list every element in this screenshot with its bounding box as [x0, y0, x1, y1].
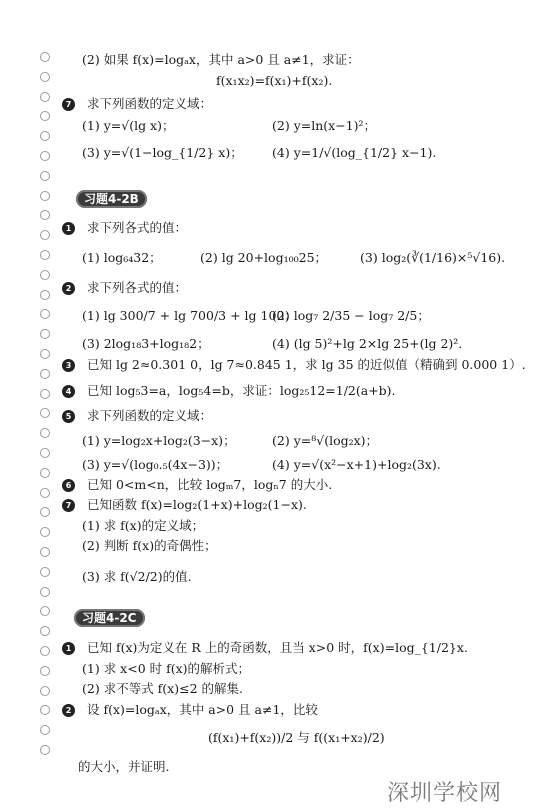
item-expr: y=√(lg x)；: [104, 118, 175, 133]
b2-item-4: (4) (lg 5)²+lg 2×lg 25+(lg 2)².: [272, 336, 462, 352]
formula-join: 与: [297, 730, 310, 745]
b2-item-2: (2) log₇ 2/35 − log₇ 2/5；: [272, 308, 430, 324]
q7-item-3: (3) y=√(1−log_{1/2} x)；: [82, 145, 243, 161]
question-prompt: 求下列各式的值：: [87, 280, 187, 295]
binder-hole-icon: [40, 309, 50, 319]
binder-hole-icon: [40, 389, 50, 399]
question-prompt: 求下列函数的定义域：: [87, 96, 212, 111]
q7-item-2: (2) y=ln(x−1)²；: [272, 118, 376, 134]
section-header-b: 习题4-2B: [76, 190, 147, 208]
binder-hole-icon: [40, 686, 50, 696]
item-expr: y=⁸√(log₂x)；: [294, 433, 378, 448]
item-label: (3): [82, 569, 100, 584]
item-label: (2): [82, 52, 100, 67]
item-label: (2): [82, 538, 100, 553]
question-number-badge: 2: [62, 282, 75, 295]
section-header-c: 习题4-2C: [74, 609, 145, 627]
item-expr: 求 x<0 时 f(x)的解析式；: [104, 661, 250, 676]
binder-hole-icon: [40, 547, 50, 557]
item-expr: 求 f(√2/2)的值.: [104, 569, 192, 584]
item-expr: y=√(x²−x+1)+log₂(3x).: [294, 457, 441, 472]
b7-item-3: (3) 求 f(√2/2)的值.: [82, 569, 192, 585]
b1-item-1: (1) log₆₄32；: [82, 250, 162, 266]
binder-hole-icon: [40, 428, 50, 438]
b5-item-2: (2) y=⁸√(log₂x)；: [272, 433, 378, 449]
binder-hole-icon: [40, 507, 50, 517]
binder-hole-icon: [40, 171, 50, 181]
question-number-badge: 4: [62, 385, 75, 398]
binder-hole-icon: [40, 329, 50, 339]
b5-item-3: (3) y=√(log₀.₅(4x−3))；: [82, 457, 228, 473]
binder-hole-icon: [40, 448, 50, 458]
item-text: 如果 f(x)=logₐx，其中 a>0 且 a≠1，求证：: [104, 52, 360, 67]
b-question-2: 2 求下列各式的值：: [62, 280, 187, 296]
binder-hole-icon: [40, 666, 50, 676]
item-label: (1): [82, 661, 100, 676]
item-label: (1): [82, 308, 100, 323]
binder-hole-icon: [40, 725, 50, 735]
item-expr: lg 20+log₁₀₀25；: [222, 250, 327, 265]
binder-hole-icon: [40, 488, 50, 498]
binder-hole-icon: [40, 210, 50, 220]
question-number-badge: 1: [62, 222, 75, 235]
b5-item-1: (1) y=log₂x+log₂(3−x)；: [82, 433, 236, 449]
binder-hole-icon: [40, 705, 50, 715]
item-label: (1): [82, 118, 100, 133]
item-expr: 求不等式 f(x)≤2 的解集.: [104, 681, 243, 696]
prev-question-part2: (2) 如果 f(x)=logₐx，其中 a>0 且 a≠1，求证：: [82, 52, 360, 68]
formula-right: f((x₁+x₂)/2): [314, 730, 385, 745]
c-question-2: 2 设 f(x)=logₐx，其中 a>0 且 a≠1，比较: [62, 702, 318, 718]
item-expr: y=ln(x−1)²；: [294, 118, 376, 133]
binder-hole-icon: [40, 527, 50, 537]
item-expr: log₇ 2/35 − log₇ 2/5；: [294, 308, 430, 323]
b2-item-3: (3) 2log₁₈3+log₁₈2；: [82, 336, 210, 352]
b7-item-1: (1) 求 f(x)的定义域；: [82, 518, 204, 534]
question-number-badge: 7: [62, 98, 75, 111]
item-expr: 判断 f(x)的奇偶性；: [104, 538, 217, 553]
question-prompt: 求下列函数的定义域：: [87, 408, 212, 423]
b-question-7: 7 已知函数 f(x)=log₂(1+x)+log₂(1−x).: [62, 497, 307, 513]
item-expr: y=1/√(log_{1/2} x−1).: [294, 145, 437, 160]
item-label: (2): [82, 681, 100, 696]
item-label: (4): [272, 336, 290, 351]
item-expr: log₆₄32；: [104, 250, 162, 265]
question-text: 设 f(x)=logₐx，其中 a>0 且 a≠1，比较: [87, 702, 318, 717]
item-label: (1): [82, 250, 100, 265]
binder-hole-icon: [40, 349, 50, 359]
question-prompt: 求下列各式的值：: [87, 220, 187, 235]
item-expr: y=log₂x+log₂(3−x)；: [104, 433, 236, 448]
binder-hole-icon: [40, 626, 50, 636]
item-expr: 2log₁₈3+log₁₈2；: [104, 336, 210, 351]
b7-item-2: (2) 判断 f(x)的奇偶性；: [82, 538, 217, 554]
question-number-badge: 6: [62, 479, 75, 492]
b1-item-2: (2) lg 20+log₁₀₀25；: [200, 250, 327, 266]
question-number-badge: 2: [62, 704, 75, 717]
q7-item-1: (1) y=√(lg x)；: [82, 118, 174, 134]
item-label: (2): [272, 118, 290, 133]
item-label: (1): [82, 433, 100, 448]
c1-item-1: (1) 求 x<0 时 f(x)的解析式；: [82, 661, 250, 677]
binder-hole-icon: [40, 250, 50, 260]
item-label: (1): [82, 518, 100, 533]
item-expr: 求 f(x)的定义域；: [104, 518, 204, 533]
binder-hole-icon: [40, 587, 50, 597]
binder-hole-icon: [40, 408, 50, 418]
item-label: (3): [82, 457, 100, 472]
item-label: (2): [272, 433, 290, 448]
binder-hole-icon: [40, 745, 50, 755]
question-text: 已知 f(x)为定义在 R 上的奇函数，且当 x>0 时，f(x)=log_{1…: [87, 640, 468, 655]
c1-item-2: (2) 求不等式 f(x)≤2 的解集.: [82, 681, 243, 697]
question-text: 已知 0<m<n，比较 logₘ7，logₙ7 的大小.: [87, 477, 332, 492]
binder-hole-icon: [40, 468, 50, 478]
item-expr: log₂(∛(1/16)×⁵√16).: [382, 250, 505, 265]
b5-item-4: (4) y=√(x²−x+1)+log₂(3x).: [272, 457, 441, 473]
b1-item-3: (3) log₂(∛(1/16)×⁵√16).: [360, 250, 505, 266]
item-label: (4): [272, 457, 290, 472]
b2-item-1: (1) lg 300/7 + lg 700/3 + lg 100；: [82, 308, 297, 324]
binder-hole-icon: [40, 646, 50, 656]
item-expr: (lg 5)²+lg 2×lg 25+(lg 2)².: [294, 336, 463, 351]
b-question-5: 5 求下列函数的定义域：: [62, 408, 212, 424]
watermark: 深圳学校网: [387, 776, 502, 807]
c2-tail: 的大小，并证明.: [78, 759, 169, 775]
c-question-1: 1 已知 f(x)为定义在 R 上的奇函数，且当 x>0 时，f(x)=log_…: [62, 640, 468, 656]
item-label: (2): [272, 308, 290, 323]
binder-hole-icon: [40, 270, 50, 280]
question-number-badge: 3: [62, 359, 75, 372]
binder-hole-icon: [40, 369, 50, 379]
item-expr: y=√(log₀.₅(4x−3))；: [104, 457, 228, 472]
item-label: (3): [82, 145, 100, 160]
item-label: (3): [360, 250, 378, 265]
question-number-badge: 1: [62, 642, 75, 655]
binder-hole-icon: [40, 151, 50, 161]
b-question-6: 6 已知 0<m<n，比较 logₘ7，logₙ7 的大小.: [62, 477, 332, 493]
item-expr: y=√(1−log_{1/2} x)；: [104, 145, 243, 160]
binder-hole-icon: [40, 290, 50, 300]
binder-hole-icon: [40, 131, 50, 141]
item-label: (4): [272, 145, 290, 160]
binder-hole-icon: [40, 72, 50, 82]
question-number-badge: 7: [62, 499, 75, 512]
q7-item-4: (4) y=1/√(log_{1/2} x−1).: [272, 145, 436, 161]
b-question-1: 1 求下列各式的值：: [62, 220, 187, 236]
item-label: (2): [200, 250, 218, 265]
binder-hole-icon: [40, 52, 50, 62]
question-text: 已知函数 f(x)=log₂(1+x)+log₂(1−x).: [87, 497, 307, 512]
question-7: 7 求下列函数的定义域：: [62, 96, 212, 112]
formula-left: (f(x₁)+f(x₂))/2: [208, 730, 293, 745]
question-text: 已知 log₅3=a，log₅4=b，求证：log₂₅12=1/2(a+b).: [87, 383, 396, 398]
prev-question-formula: f(x₁x₂)=f(x₁)+f(x₂).: [216, 73, 332, 89]
binder-hole-icon: [40, 191, 50, 201]
binder-hole-icon: [40, 111, 50, 121]
item-expr: lg 300/7 + lg 700/3 + lg 100；: [104, 308, 297, 323]
c2-formula: (f(x₁)+f(x₂))/2 与 f((x₁+x₂)/2): [208, 730, 385, 746]
binder-hole-icon: [40, 230, 50, 240]
b-question-4: 4 已知 log₅3=a，log₅4=b，求证：log₂₅12=1/2(a+b)…: [62, 383, 396, 399]
binder-hole-icon: [40, 92, 50, 102]
binder-hole-icon: [40, 567, 50, 577]
question-text: 已知 lg 2≈0.301 0，lg 7≈0.845 1，求 lg 35 的近似…: [87, 357, 526, 372]
b-question-3: 3 已知 lg 2≈0.301 0，lg 7≈0.845 1，求 lg 35 的…: [62, 357, 526, 373]
binder-hole-icon: [40, 606, 50, 616]
question-number-badge: 5: [62, 410, 75, 423]
item-label: (3): [82, 336, 100, 351]
